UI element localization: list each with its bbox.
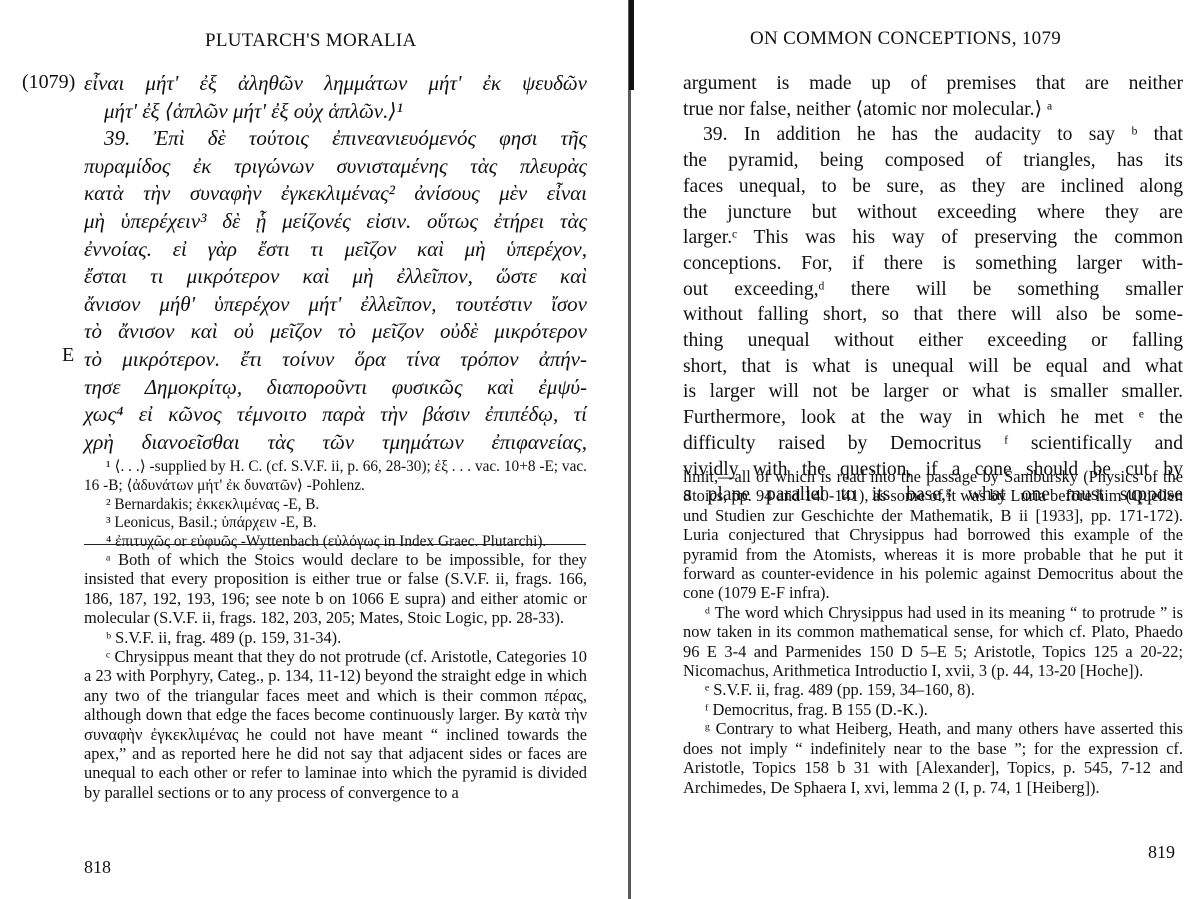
- greek-line: μὴ ὑπερέχειν³ δὲ ᾗ μείζονές εἰσιν. οὕτως…: [84, 208, 587, 236]
- body-line: the pyramid, being composed of triangles…: [683, 148, 1183, 174]
- body-line: out exceeding,ᵈ there will be something …: [683, 277, 1183, 303]
- greek-line: εἶναι μήτ' ἐξ ἀληθῶν λημμάτων μήτ' ἐκ ψε…: [84, 70, 587, 98]
- body-line: the juncture but without exceeding where…: [683, 200, 1183, 226]
- translation-text: argument is made up of premises that are…: [683, 71, 1183, 508]
- body-line: without falling short, so that there wil…: [683, 302, 1183, 328]
- body-line: faces unequal, to be sure, as they are i…: [683, 174, 1183, 200]
- greek-line: πυραμίδος ἐκ τριγώνων συνισταμένης τὰς π…: [84, 153, 587, 181]
- section-reference: (1079): [22, 71, 75, 94]
- greek-line: ἔσται τι μικρότερον καὶ μὴ ἐλλεῖπον, ὥστ…: [84, 263, 587, 291]
- greek-line: 39. Ἐπὶ δὲ τούτοις ἐπινεανιευόμενός φησι…: [84, 125, 587, 153]
- critical-apparatus: ¹ ⟨. . .⟩ -supplied by H. C. (cf. S.V.F.…: [84, 458, 587, 552]
- body-line: is larger will not be larger or what is …: [683, 379, 1183, 405]
- page-number-right: 819: [1148, 842, 1175, 863]
- running-head-right: ON COMMON CONCEPTIONS, 1079: [750, 28, 1061, 50]
- body-line: argument is made up of premises that are…: [683, 71, 1183, 97]
- body-line: thing unequal without either exceeding o…: [683, 328, 1183, 354]
- body-line: Furthermore, look at the way in which he…: [683, 405, 1183, 431]
- body-line: larger.ᶜ This was his way of preserving …: [683, 225, 1183, 251]
- running-head-left: PLUTARCH'S MORALIA: [205, 30, 417, 52]
- greek-line: τὸ μικρότερον. ἔτι τοίνυν ὅρα τίνα τρόπο…: [84, 346, 587, 374]
- body-line: true nor false, neither ⟨atomic nor mole…: [683, 97, 1183, 123]
- greek-line: τὸ ἄνισον καὶ οὐ μεῖζον τὸ μεῖζον οὐδὲ μ…: [84, 318, 587, 346]
- margin-letter: E: [62, 344, 74, 367]
- greek-line: τησε Δημοκρίτῳ, διαποροῦντι φυσικῶς καὶ …: [84, 374, 587, 402]
- greek-line: ἐννοίας. εἰ γὰρ ἔστι τι μεῖζον καὶ μὴ ὑπ…: [84, 236, 587, 264]
- footnote-e: ᵉ S.V.F. ii, frag. 489 (pp. 159, 34–160,…: [683, 680, 1183, 699]
- body-line: conceptions. For, if there is something …: [683, 251, 1183, 277]
- footnote-c-continued: limit,—all of which is read into the pas…: [683, 467, 1183, 603]
- footnote-a: ᵃ Both of which the Stoics would declare…: [84, 550, 587, 628]
- greek-text: εἶναι μήτ' ἐξ ἀληθῶν λημμάτων μήτ' ἐκ ψε…: [84, 70, 587, 456]
- footnote-f: ᶠ Democritus, frag. B 155 (D.-K.).: [683, 700, 1183, 719]
- critical-note: ² Bernardakis; ἐκκεκλιμένας -E, B.: [84, 496, 587, 515]
- footnote-b: ᵇ S.V.F. ii, frag. 489 (p. 159, 31-34).: [84, 628, 587, 647]
- footnote-rule: [84, 544, 586, 545]
- page-number-left: 818: [84, 857, 111, 878]
- translation-footnotes-right: limit,—all of which is read into the pas…: [683, 467, 1183, 797]
- critical-note: ¹ ⟨. . .⟩ -supplied by H. C. (cf. S.V.F.…: [84, 458, 587, 496]
- greek-line: χως⁴ εἰ κῶνος τέμνοιτο παρὰ τὴν βάσιν ἐπ…: [84, 401, 587, 429]
- greek-line: κατὰ τὴν συναφὴν ἐγκεκλιμένας² ἀνίσους μ…: [84, 180, 587, 208]
- footnote-c: ᶜ Chrysippus meant that they do not prot…: [84, 647, 587, 802]
- greek-line: χρὴ διανοεῖσθαι τὰς τῶν τμημάτων ἐπιφανε…: [84, 429, 587, 457]
- critical-note: ³ Leonicus, Basil.; ὑπάρχειν -E, B.: [84, 514, 587, 533]
- translation-footnotes: ᵃ Both of which the Stoics would declare…: [84, 550, 587, 802]
- body-line: short, that is what is unequal will be e…: [683, 354, 1183, 380]
- right-page: ON COMMON CONCEPTIONS, 1079 argument is …: [632, 0, 1200, 899]
- footnote-g: ᵍ Contrary to what Heiberg, Heath, and m…: [683, 719, 1183, 797]
- footnote-d: ᵈ The word which Chrysippus had used in …: [683, 603, 1183, 681]
- greek-line: ἄνισον μήθ' ὑπερέχον μήτ' ἐλλεῖπον, τουτ…: [84, 291, 587, 319]
- book-gutter: [628, 0, 631, 899]
- body-line: difficulty raised by Democritus ᶠ scient…: [683, 431, 1183, 457]
- body-line: 39. In addition he has the audacity to s…: [683, 122, 1183, 148]
- greek-line: μήτ' ἐξ ⟨ἁπλῶν μήτ' ἐξ οὐχ ἁπλῶν.⟩¹: [84, 98, 587, 126]
- left-page: PLUTARCH'S MORALIA (1079) E εἶναι μήτ' ἐ…: [0, 0, 625, 899]
